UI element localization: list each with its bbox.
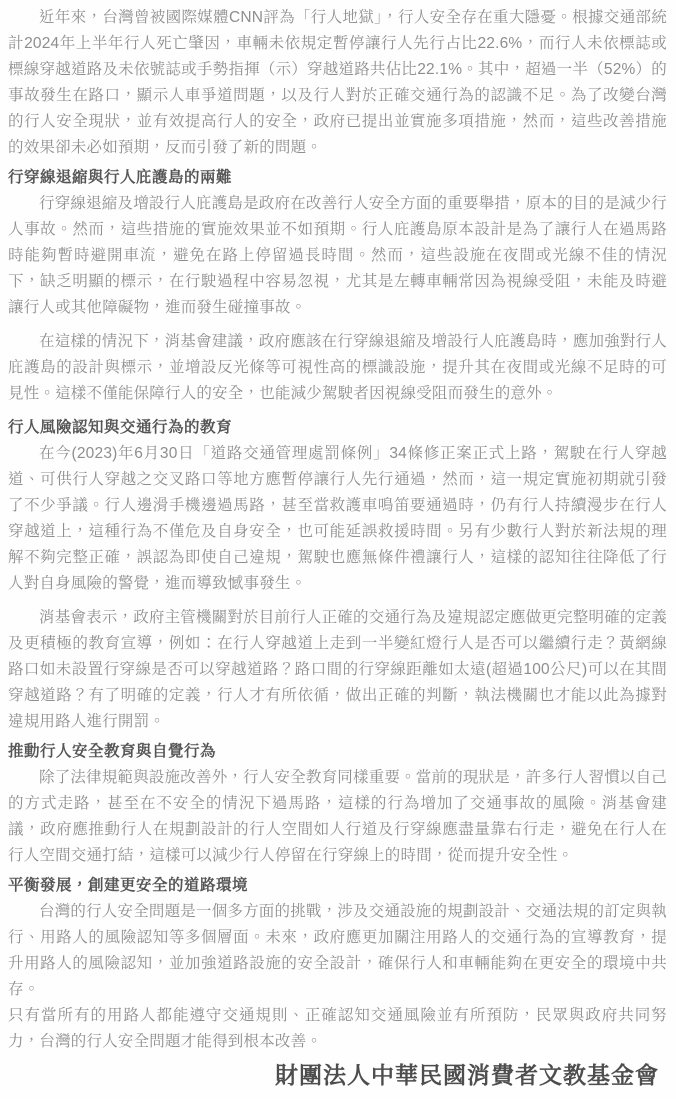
section1-paragraph-2: 在這樣的情況下，消基會建議，政府應該在行穿線退縮及增設行人庇護島時，應加強對行人… (8, 329, 667, 407)
article-page: 近年來，台灣曾被國際媒體CNN評為「行人地獄」，行人安全存在重大隱憂。根據交通部… (0, 0, 676, 1099)
section2-heading: 行人風險認知與交通行為的教育 (8, 415, 667, 441)
section3-paragraph-1: 除了法律規範與設施改善外，行人安全教育同樣重要。當前的現狀是，許多行人習慣以自己… (8, 765, 667, 869)
section4-paragraph-1: 台灣的行人安全問題是一個多方面的挑戰，涉及交通設施的規劃設計、交通法規的訂定與執… (8, 899, 667, 1003)
section2-paragraph-2: 消基會表示，政府主管機關對於目前行人正確的交通行為及違規認定應做更完整明確的定義… (8, 605, 667, 735)
section4-heading: 平衡發展，創建更安全的道路環境 (8, 873, 667, 899)
closing-paragraph: 只有當所有的用路人都能遵守交通規則、正確認知交通風險並有所預防，民眾與政府共同努… (8, 1003, 667, 1055)
section1-paragraph-1: 行穿線退縮及增設行人庇護島是政府在改善行人安全方面的重要舉措，原本的目的是減少行… (8, 191, 667, 321)
section2-paragraph-1: 在今(2023)年6月30日「道路交通管理處罰條例」34條修正案正式上路，駕駛在… (8, 441, 667, 597)
organization-signature: 財團法人中華民國消費者文教基金會 (8, 1059, 667, 1091)
intro-paragraph: 近年來，台灣曾被國際媒體CNN評為「行人地獄」，行人安全存在重大隱憂。根據交通部… (8, 5, 667, 161)
section3-heading: 推動行人安全教育與自覺行為 (8, 739, 667, 765)
section1-heading: 行穿線退縮與行人庇護島的兩難 (8, 165, 667, 191)
